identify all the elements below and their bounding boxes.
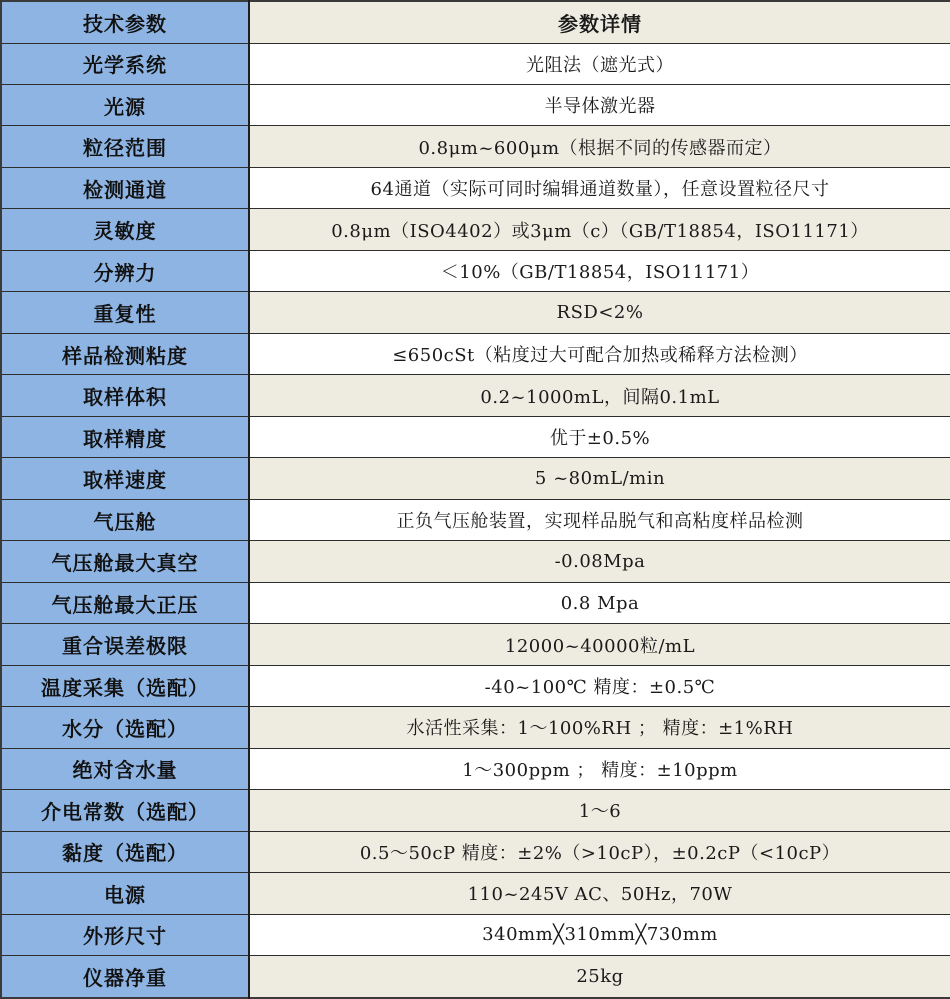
param-detail-cell: 0.5～50cP 精度：±2%（>10cP），±0.2cP（<10cP） (249, 831, 950, 872)
param-detail-cell: 64通道（实际可同时编辑通道数量），任意设置粒径尺寸 (249, 167, 950, 208)
param-detail-cell: RSD<2% (249, 292, 950, 333)
param-name-cell: 外形尺寸 (1, 914, 249, 955)
table-row: 取样体积0.2~1000mL，间隔0.1mL (1, 375, 950, 416)
param-name-cell: 介电常数（选配） (1, 790, 249, 831)
param-name-cell: 电源 (1, 873, 249, 914)
table-row: 介电常数（选配）1～6 (1, 790, 950, 831)
table-row: 温度采集（选配）-40~100℃ 精度：±0.5℃ (1, 665, 950, 706)
param-detail-cell: 0.8μm~600μm（根据不同的传感器而定） (249, 126, 950, 167)
param-name-cell: 仪器净重 (1, 956, 249, 998)
param-name-cell: 气压舱最大正压 (1, 582, 249, 623)
param-detail-cell: 12000~40000粒/mL (249, 624, 950, 665)
param-detail-cell: 340mm╳310mm╳730mm (249, 914, 950, 955)
param-name-cell: 水分（选配） (1, 707, 249, 748)
table-row: 重复性RSD<2% (1, 292, 950, 333)
param-detail-cell: 0.8 Mpa (249, 582, 950, 623)
param-detail-cell: 25kg (249, 956, 950, 998)
param-name-cell: 粒径范围 (1, 126, 249, 167)
header-detail-cell: 参数详情 (249, 1, 950, 43)
spec-table-body: 技术参数 参数详情 光学系统光阻法（遮光式）光源半导体激光器粒径范围0.8μm~… (1, 1, 950, 998)
param-name-cell: 取样体积 (1, 375, 249, 416)
param-name-cell: 样品检测粘度 (1, 333, 249, 374)
param-detail-cell: 半导体激光器 (249, 84, 950, 125)
param-detail-cell: -0.08Mpa (249, 541, 950, 582)
param-name-cell: 绝对含水量 (1, 748, 249, 789)
param-name-cell: 取样精度 (1, 416, 249, 457)
table-row: 黏度（选配）0.5～50cP 精度：±2%（>10cP），±0.2cP（<10c… (1, 831, 950, 872)
param-detail-cell: 5 ~80mL/min (249, 458, 950, 499)
param-name-cell: 光学系统 (1, 43, 249, 84)
table-row: 光学系统光阻法（遮光式） (1, 43, 950, 84)
param-detail-cell: -40~100℃ 精度：±0.5℃ (249, 665, 950, 706)
header-param-cell: 技术参数 (1, 1, 249, 43)
param-detail-cell: 0.8μm（ISO4402）或3μm（c）（GB/T18854，ISO11171… (249, 209, 950, 250)
table-row: 检测通道64通道（实际可同时编辑通道数量），任意设置粒径尺寸 (1, 167, 950, 208)
param-detail-cell: 优于±0.5% (249, 416, 950, 457)
table-row: 粒径范围0.8μm~600μm（根据不同的传感器而定） (1, 126, 950, 167)
param-detail-cell: 1～300ppm ； 精度：±10ppm (249, 748, 950, 789)
table-row: 灵敏度0.8μm（ISO4402）或3μm（c）（GB/T18854，ISO11… (1, 209, 950, 250)
spec-table: 技术参数 参数详情 光学系统光阻法（遮光式）光源半导体激光器粒径范围0.8μm~… (0, 0, 950, 999)
param-name-cell: 温度采集（选配） (1, 665, 249, 706)
param-name-cell: 灵敏度 (1, 209, 249, 250)
param-detail-cell: ≤650cSt（粘度过大可配合加热或稀释方法检测） (249, 333, 950, 374)
param-name-cell: 光源 (1, 84, 249, 125)
table-row: 气压舱正负气压舱装置，实现样品脱气和高粘度样品检测 (1, 499, 950, 540)
param-detail-cell: ＜10%（GB/T18854，ISO11171） (249, 250, 950, 291)
param-name-cell: 黏度（选配） (1, 831, 249, 872)
table-row: 气压舱最大正压0.8 Mpa (1, 582, 950, 623)
param-name-cell: 取样速度 (1, 458, 249, 499)
table-row: 水分（选配）水活性采集：1～100%RH ； 精度：±1%RH (1, 707, 950, 748)
table-row: 样品检测粘度≤650cSt（粘度过大可配合加热或稀释方法检测） (1, 333, 950, 374)
table-row: 气压舱最大真空-0.08Mpa (1, 541, 950, 582)
table-row: 绝对含水量1～300ppm ； 精度：±10ppm (1, 748, 950, 789)
param-detail-cell: 1～6 (249, 790, 950, 831)
param-name-cell: 重复性 (1, 292, 249, 333)
table-row: 光源半导体激光器 (1, 84, 950, 125)
param-name-cell: 气压舱 (1, 499, 249, 540)
table-row: 取样速度5 ~80mL/min (1, 458, 950, 499)
table-row: 仪器净重25kg (1, 956, 950, 998)
param-name-cell: 重合误差极限 (1, 624, 249, 665)
param-name-cell: 气压舱最大真空 (1, 541, 249, 582)
param-detail-cell: 110~245V AC、50Hz，70W (249, 873, 950, 914)
table-row: 外形尺寸340mm╳310mm╳730mm (1, 914, 950, 955)
param-detail-cell: 正负气压舱装置，实现样品脱气和高粘度样品检测 (249, 499, 950, 540)
table-row: 分辨力＜10%（GB/T18854，ISO11171） (1, 250, 950, 291)
table-header-row: 技术参数 参数详情 (1, 1, 950, 43)
table-row: 取样精度优于±0.5% (1, 416, 950, 457)
table-row: 重合误差极限12000~40000粒/mL (1, 624, 950, 665)
table-row: 电源110~245V AC、50Hz，70W (1, 873, 950, 914)
param-name-cell: 分辨力 (1, 250, 249, 291)
param-name-cell: 检测通道 (1, 167, 249, 208)
param-detail-cell: 0.2~1000mL，间隔0.1mL (249, 375, 950, 416)
param-detail-cell: 光阻法（遮光式） (249, 43, 950, 84)
param-detail-cell: 水活性采集：1～100%RH ； 精度：±1%RH (249, 707, 950, 748)
